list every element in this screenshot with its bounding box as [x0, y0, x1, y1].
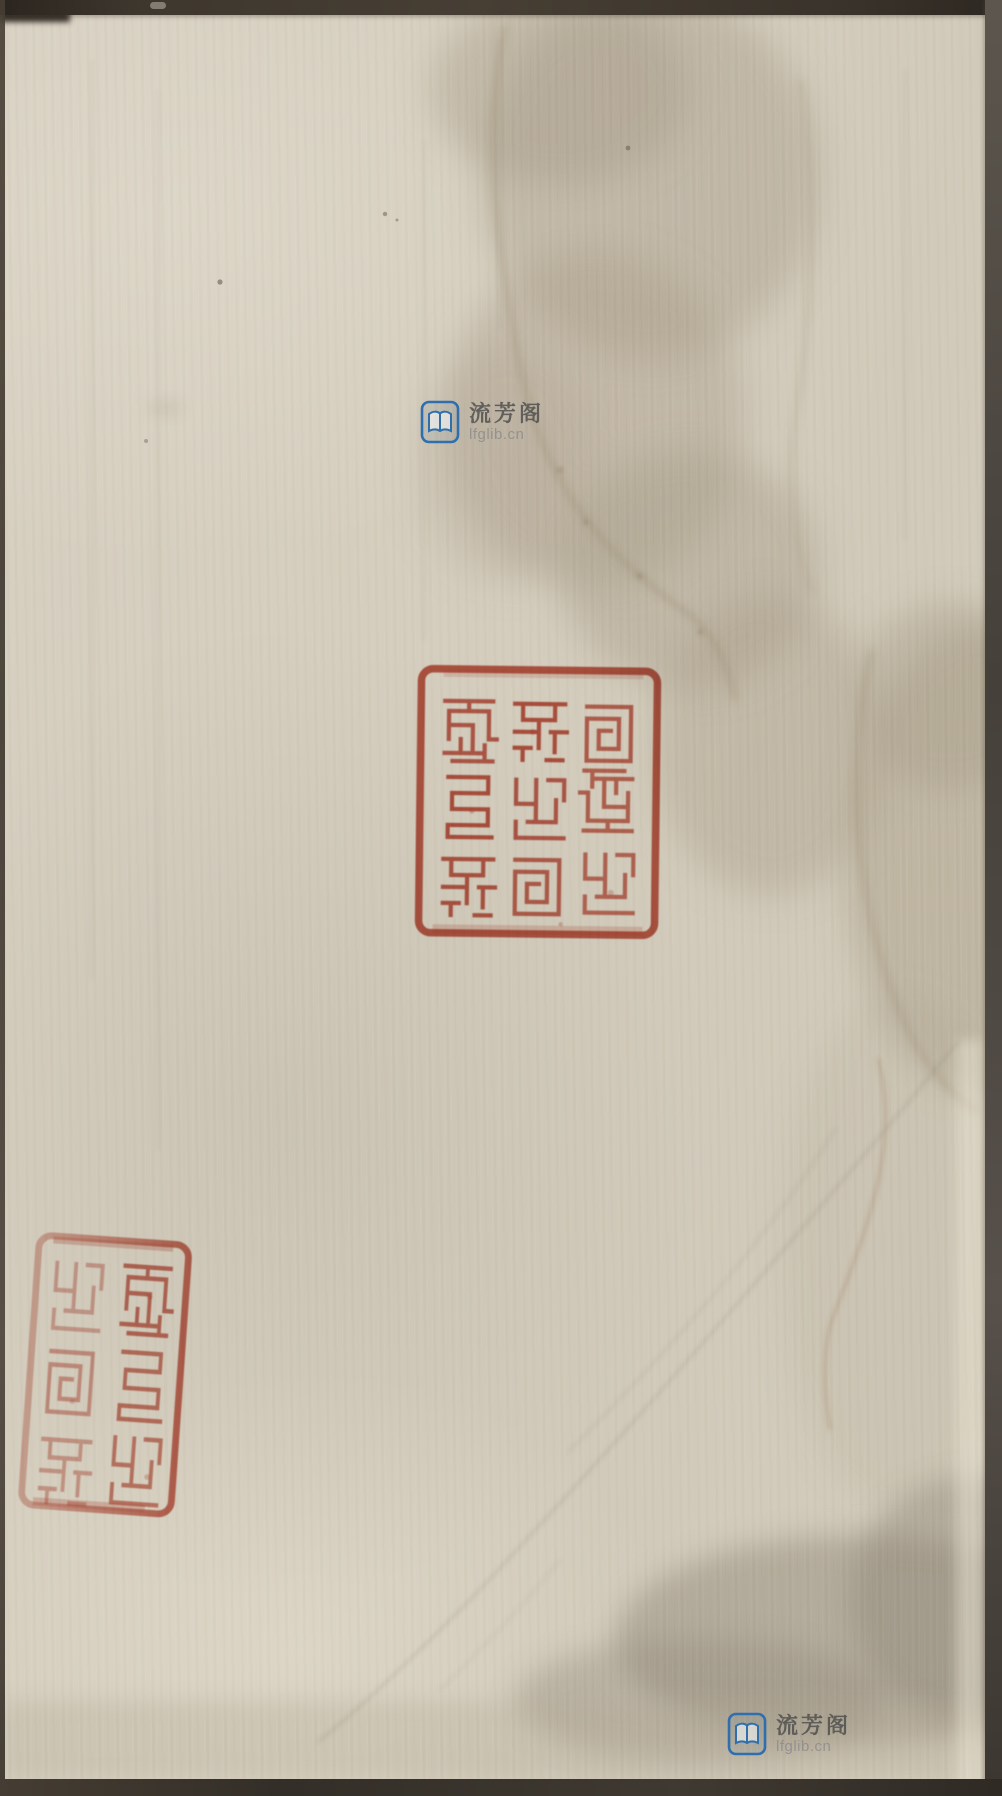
book-icon	[420, 400, 460, 444]
book-icon	[727, 1712, 767, 1756]
stain-right-edge	[780, 600, 1002, 1510]
seal-ink-blotches	[468, 728, 616, 927]
bottom-left-seal	[14, 1228, 201, 1523]
scanned-page: 流芳阁 lfglib.cn 流芳阁 lfglib.cn	[0, 0, 1002, 1796]
page-edge-right	[985, 0, 1002, 1796]
stain-boundary-specks	[557, 467, 703, 635]
stain-top-center-edge	[493, 25, 812, 700]
watermark-bottom: 流芳阁 lfglib.cn	[727, 1712, 851, 1756]
page-edge-bottom	[0, 1779, 1002, 1796]
stain-right-edge-line	[857, 650, 978, 1112]
watermark-site-url: lfglib.cn	[776, 1738, 851, 1755]
seal-border	[21, 1235, 189, 1515]
crease-lines	[318, 1042, 958, 1742]
seal-script-glyphs	[39, 1261, 175, 1510]
center-seal	[410, 660, 665, 945]
watermark-top: 流芳阁 lfglib.cn	[420, 400, 544, 444]
watermark-site-url: lfglib.cn	[469, 426, 544, 443]
torn-paper-edge	[956, 1040, 984, 1796]
page-edge-highlight	[150, 2, 166, 9]
watermark-site-name: 流芳阁	[469, 401, 544, 426]
watermark-site-name: 流芳阁	[776, 1713, 851, 1738]
ink-specks	[144, 146, 630, 443]
fold-lines	[92, 40, 905, 1150]
page-edge-left	[0, 0, 5, 1796]
